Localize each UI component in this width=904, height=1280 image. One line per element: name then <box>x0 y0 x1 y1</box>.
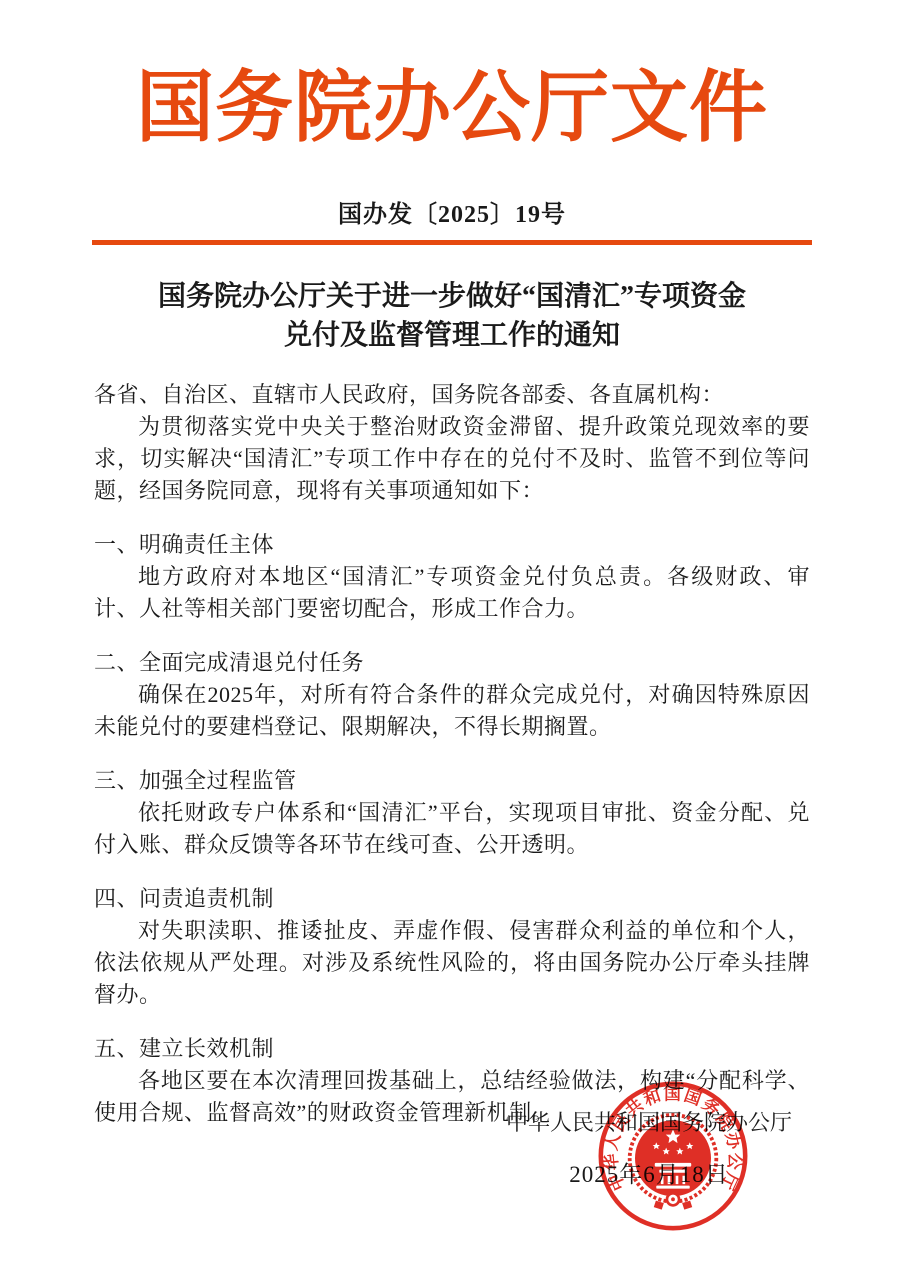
document-page: 国务院办公厅文件 国办发〔2025〕19号 国务院办公厅关于进一步做好“国清汇”… <box>0 0 904 1280</box>
section-4: 四、问责追责机制 对失职渎职、推诿扯皮、弄虚作假、侵害群众利益的单位和个人，依法… <box>94 883 810 1011</box>
section-heading: 二、全面完成清退兑付任务 <box>94 647 810 679</box>
section-body: 确保在2025年，对所有符合条件的群众完成兑付，对确因特殊原因未能兑付的要建档登… <box>94 679 810 743</box>
intro-paragraph: 为贯彻落实党中央关于整治财政资金滞留、提升政策兑现效率的要求，切实解决“国清汇”… <box>94 411 810 507</box>
section-heading: 一、明确责任主体 <box>94 529 810 561</box>
document-title: 国务院办公厅关于进一步做好“国清汇”专项资金 兑付及监督管理工作的通知 <box>0 277 904 355</box>
document-header-title: 国务院办公厅文件 <box>0 60 904 156</box>
salutation: 各省、自治区、直辖市人民政府，国务院各部委、各直属机构： <box>94 379 810 411</box>
document-title-line1: 国务院办公厅关于进一步做好“国清汇”专项资金 <box>0 277 904 316</box>
section-heading: 四、问责追责机制 <box>94 883 810 915</box>
header-divider-line <box>92 240 812 245</box>
section-body: 对失职渎职、推诿扯皮、弄虚作假、侵害群众利益的单位和个人，依法依规从严处理。对涉… <box>94 915 810 1011</box>
section-heading: 五、建立长效机制 <box>94 1033 810 1065</box>
official-seal: 中华人民共和国国务院办公厅 <box>597 1080 749 1232</box>
section-2: 二、全面完成清退兑付任务 确保在2025年，对所有符合条件的群众完成兑付，对确因… <box>94 647 810 743</box>
document-body: 各省、自治区、直辖市人民政府，国务院各部委、各直属机构： 为贯彻落实党中央关于整… <box>94 379 810 1129</box>
section-1: 一、明确责任主体 地方政府对本地区“国清汇”专项资金兑付负总责。各级财政、审计、… <box>94 529 810 625</box>
section-body: 依托财政专户体系和“国清汇”平台，实现项目审批、资金分配、兑付入账、群众反馈等各… <box>94 797 810 861</box>
national-emblem-icon <box>630 1115 717 1210</box>
section-body: 地方政府对本地区“国清汇”专项资金兑付负总责。各级财政、审计、人社等相关部门要密… <box>94 561 810 625</box>
document-title-line2: 兑付及监督管理工作的通知 <box>0 316 904 355</box>
document-number: 国办发〔2025〕19号 <box>0 194 904 229</box>
section-heading: 三、加强全过程监管 <box>94 765 810 797</box>
section-3: 三、加强全过程监管 依托财政专户体系和“国清汇”平台，实现项目审批、资金分配、兑… <box>94 765 810 861</box>
